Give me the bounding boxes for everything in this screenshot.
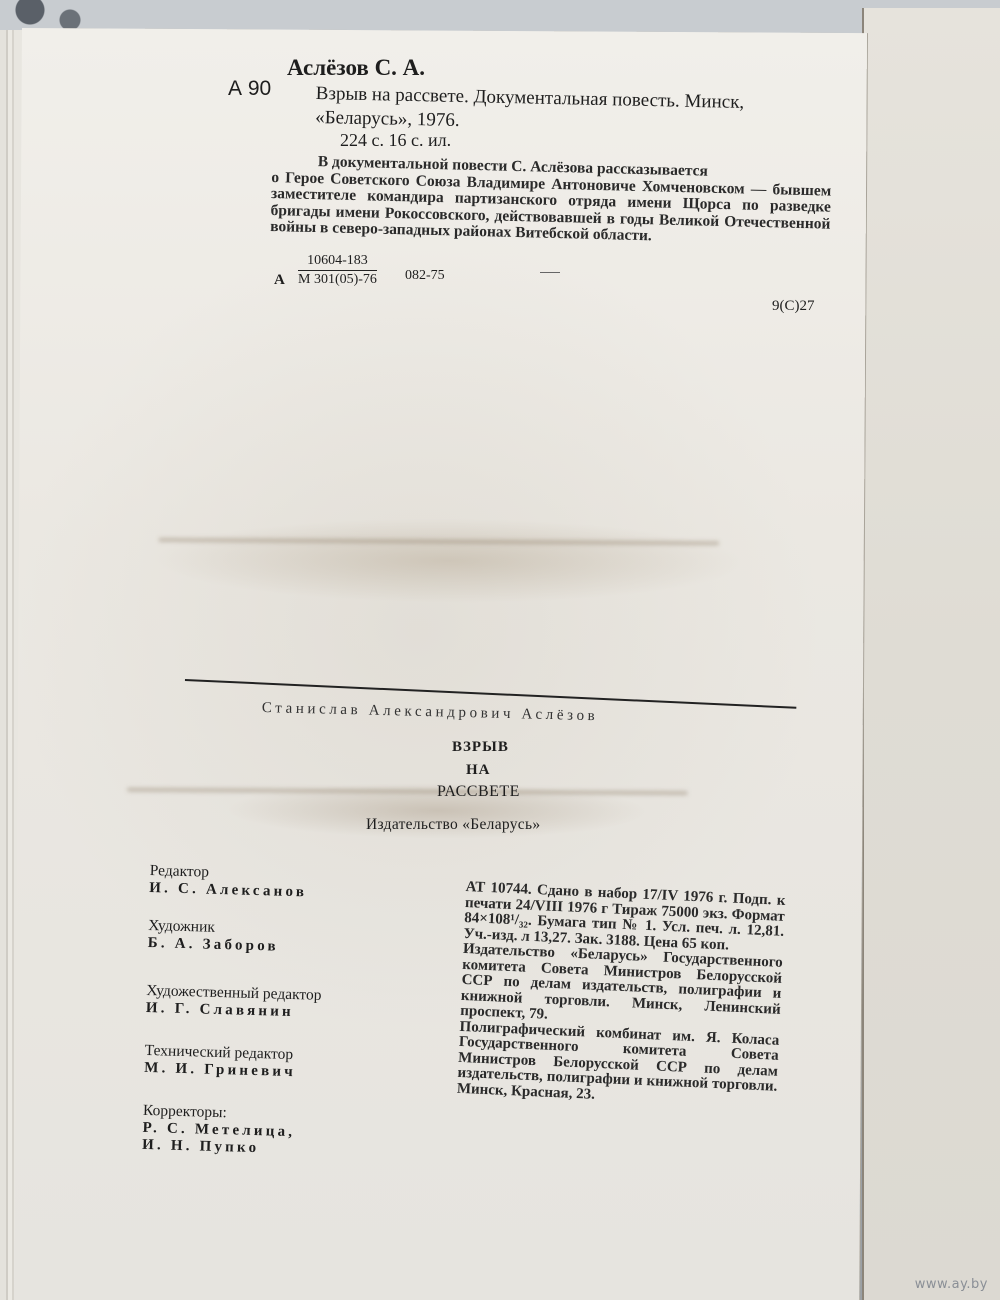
facing-page xyxy=(862,8,1000,1300)
colophon-title-line-3: РАССВЕТЕ xyxy=(437,783,520,801)
credit-tech-editor: Технический редактор М. И. Гриневич xyxy=(144,1042,297,1081)
print-details-block: АТ 10744. Сдано в набор 17/IV 1976 г. По… xyxy=(457,880,786,1111)
catalog-index-code: А 90 xyxy=(228,77,271,101)
classification-denominator: М 301(05)-76 xyxy=(298,272,377,287)
credit-editor: Редактор И. С. Алексанов xyxy=(149,862,308,901)
credit-name: Б. А. Заборов xyxy=(147,935,279,956)
annotation-body: о Герое Советского Союза Владимире Антон… xyxy=(270,169,831,249)
catalog-pages-line: 224 с. 16 с. ил. xyxy=(340,130,451,151)
catalog-author-heading: Аслёзов С. А. xyxy=(287,55,425,81)
credit-art-editor: Художественный редактор И. Г. Славянин xyxy=(146,982,322,1022)
credit-artist: Художник Б. А. Заборов xyxy=(147,917,279,956)
classification-numerator: 10604-183 xyxy=(298,252,377,271)
paper-crease xyxy=(159,537,719,546)
colophon-title-line-1: ВЗРЫВ xyxy=(452,739,509,756)
printer-address: Полиграфический комбинат им. Я. Коласа Г… xyxy=(457,1019,780,1110)
colophon-title-line-2: НА xyxy=(466,762,491,779)
udk-code: 9(С)27 xyxy=(772,298,815,315)
classification-letter: А xyxy=(274,272,285,289)
classification-fraction: 10604-183 М 301(05)-76 xyxy=(298,252,377,289)
credit-proofreaders: Корректоры: Р. С. Метелица, И. Н. Пупко xyxy=(142,1102,296,1158)
classification-suffix: 082-75 xyxy=(405,268,445,284)
site-watermark: www.ay.by xyxy=(915,1277,988,1292)
publisher-address: Издательство «Беларусь» Государственного… xyxy=(460,942,783,1033)
paper-crease xyxy=(127,787,687,796)
dash-mark xyxy=(540,272,560,273)
colophon-publisher: Издательство «Беларусь» xyxy=(366,816,540,834)
catalog-annotation: В документальной повести С. Аслёзова рас… xyxy=(270,153,832,249)
